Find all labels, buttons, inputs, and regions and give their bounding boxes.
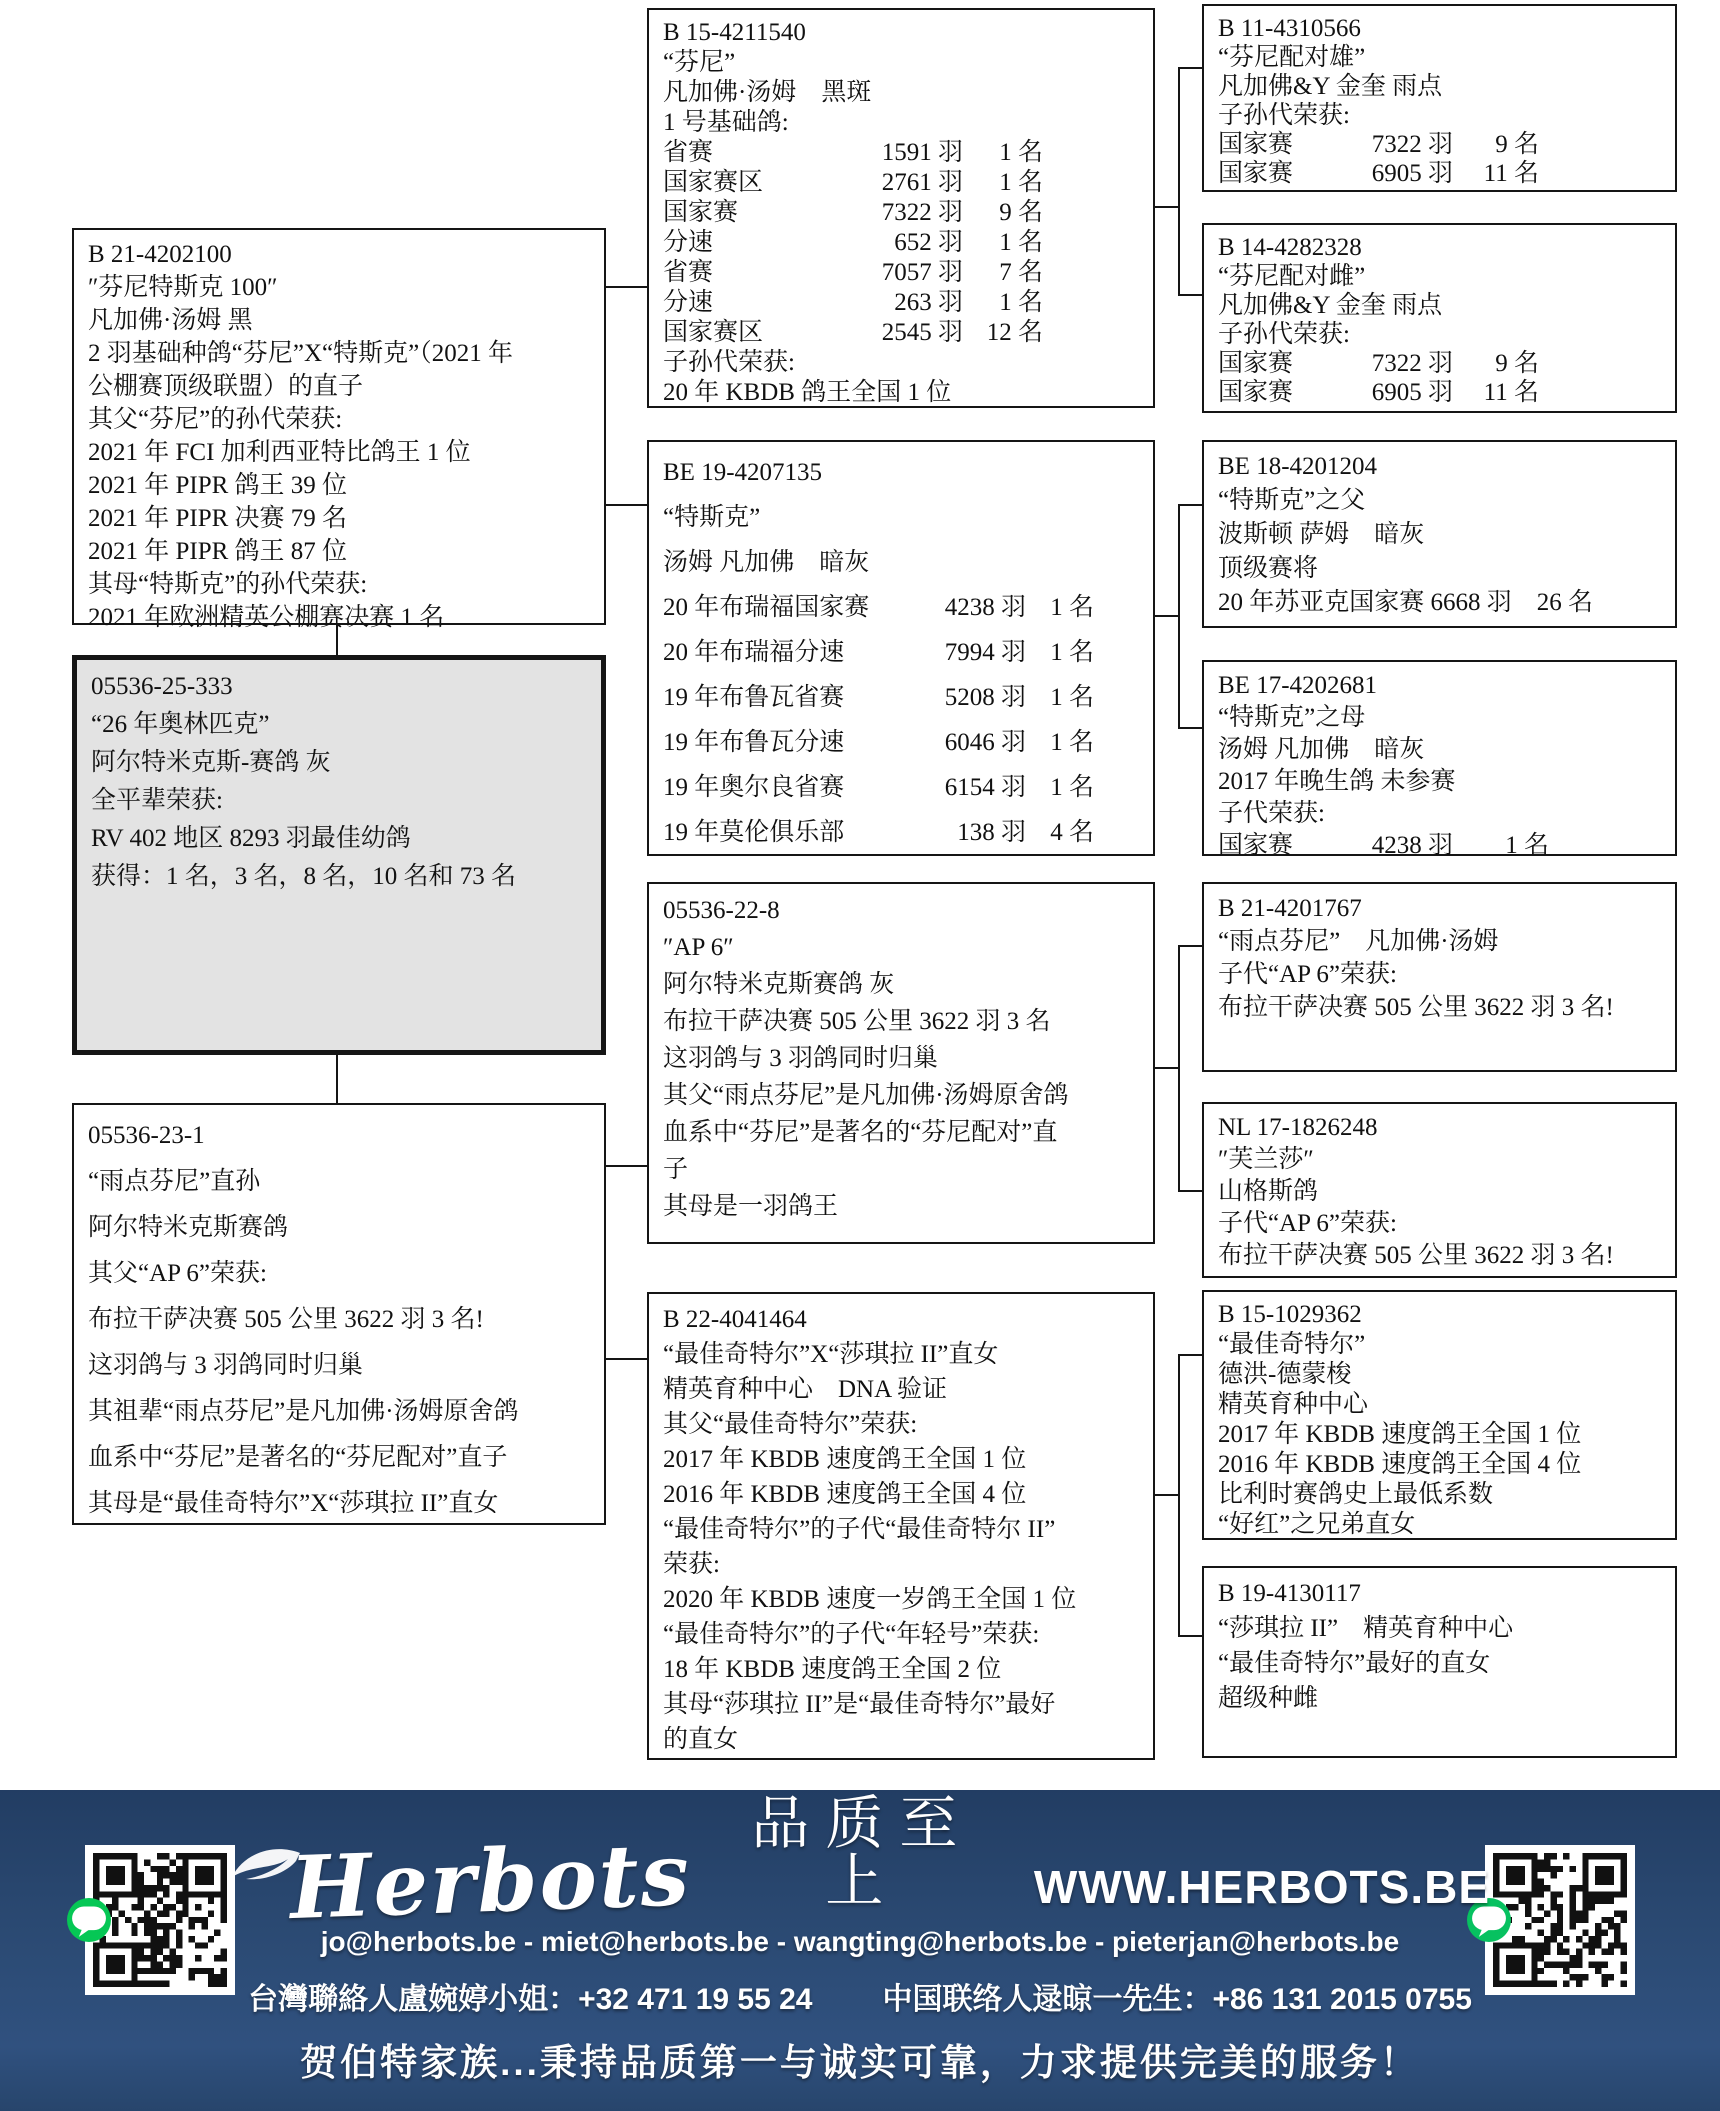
footer-slogan: 品质至上 xyxy=(721,1794,1004,1920)
connector-line xyxy=(1178,1190,1202,1192)
box-line: 20 年布瑞福分速7994 羽1 名 xyxy=(663,630,1139,675)
connector-line xyxy=(1178,504,1180,729)
result-rank: 7 名 xyxy=(963,258,1043,288)
box-line: 血系中“芬尼”是著名的“芬尼配对”直子 xyxy=(88,1435,590,1481)
box-line: 2016 年 KBDB 速度鸽王全国 4 位 xyxy=(1218,1450,1661,1480)
box-line: 全平辈荣获: xyxy=(91,782,587,820)
result-label: 省赛 xyxy=(663,258,838,288)
box-line: “雨点芬尼”直孙 xyxy=(88,1159,590,1205)
result-birds: 7057 羽 xyxy=(838,258,963,288)
result-rank: 4 名 xyxy=(1026,810,1094,855)
box-line: 汤姆 凡加佛 暗灰 xyxy=(663,540,1139,585)
box-line: “莎琪拉 II” 精英育种中心 xyxy=(1218,1611,1661,1646)
ring-number: 05536-22-8 xyxy=(663,892,1139,929)
ring-number: 05536-25-333 xyxy=(91,668,587,706)
box-line: “最佳奇特尔”的子代“年轻号”荣获: xyxy=(663,1617,1139,1652)
box-line: 国家赛6905 羽11 名 xyxy=(1218,159,1661,188)
result-rank: 1 名 xyxy=(1453,830,1549,862)
result-label: 国家赛 xyxy=(1218,130,1333,159)
box-line: 国家赛区2545 羽12 名 xyxy=(663,318,1139,348)
contact-taiwan: 台灣聯絡人盧婉婷小姐：+32 471 19 55 24 xyxy=(248,1974,812,2018)
contact-china: 中国联络人逯晾一先生：+86 131 2015 0755 xyxy=(882,1974,1471,2018)
box-line: “特斯克” xyxy=(663,495,1139,540)
box-line: 阿尔特米克斯赛鸽 灰 xyxy=(663,966,1139,1003)
result-label: 19 年布鲁瓦省赛 xyxy=(663,675,908,720)
box-line: 德洪-德蒙梭 xyxy=(1218,1360,1661,1390)
result-rank: 1 名 xyxy=(1026,720,1094,765)
ring-number: B 22-4041464 xyxy=(663,1302,1139,1337)
box-line: 子代荣获: xyxy=(1218,798,1661,830)
box-line: 国家赛7322 羽9 名 xyxy=(1218,349,1661,378)
box-line: 这羽鸽与 3 羽鸽同时归巢 xyxy=(88,1343,590,1389)
box-line: 国家赛7322 羽9 名 xyxy=(1218,130,1661,159)
box-line: 子 xyxy=(663,1151,1139,1188)
box-line: 子代“AP 6”荣获: xyxy=(1218,1208,1661,1240)
ring-number: B 11-4310566 xyxy=(1218,14,1661,43)
pedigree-box-ggp2: B 14-4282328“芬尼配对雌”凡加佛&Y 金奎 雨点子孙代荣获:国家赛7… xyxy=(1202,223,1677,413)
result-birds: 2761 羽 xyxy=(838,168,963,198)
pedigree-box-ggp5: B 21-4201767“雨点芬尼” 凡加佛·汤姆子代“AP 6”荣获:布拉干萨… xyxy=(1202,882,1677,1072)
connector-line xyxy=(1178,945,1202,947)
box-line: 其祖辈“雨点芬尼”是凡加佛·汤姆原舍鸽 xyxy=(88,1389,590,1435)
box-line: 布拉干萨决赛 505 公里 3622 羽 3 名 xyxy=(663,1003,1139,1040)
pedigree-box-sire: B 21-4202100″芬尼特斯克 100″凡加佛·汤姆 黑2 羽基础种鸽“芬… xyxy=(72,228,606,625)
result-rank: 1 名 xyxy=(1026,585,1094,630)
footer-center: Herbots 品质至上 WWW.HERBOTS.BE jo@herbots.b… xyxy=(230,1812,1490,2086)
pedigree-box-ggp6: NL 17-1826248″芙兰莎″山格斯鸽子代“AP 6”荣获:布拉干萨决赛 … xyxy=(1202,1102,1677,1278)
connector-line xyxy=(1178,945,1180,1192)
box-line: 获得：1 名，3 名，8 名，10 名和 73 名 xyxy=(91,858,587,896)
result-birds: 652 羽 xyxy=(838,228,963,258)
box-line: 其母“莎琪拉 II”是“最佳奇特尔”最好 xyxy=(663,1687,1139,1722)
ring-number: BE 18-4201204 xyxy=(1218,450,1661,484)
box-line: “最佳奇特尔”X“莎琪拉 II”直女 xyxy=(663,1337,1139,1372)
box-line: 19 年布鲁瓦分速6046 羽1 名 xyxy=(663,720,1139,765)
box-line: “芬尼配对雌” xyxy=(1218,262,1661,291)
result-label: 国家赛 xyxy=(1218,159,1333,188)
ring-number: 05536-23-1 xyxy=(88,1113,590,1159)
connector-line xyxy=(1155,206,1180,208)
connector-line xyxy=(1155,1067,1180,1069)
result-birds: 6154 羽 xyxy=(908,765,1026,810)
result-label: 省赛 xyxy=(663,138,838,168)
box-line: 子孙代荣获: xyxy=(663,348,1139,378)
result-rank: 9 名 xyxy=(963,198,1043,228)
pedigree-page: B 21-4202100″芬尼特斯克 100″凡加佛·汤姆 黑2 羽基础种鸽“芬… xyxy=(0,0,1720,2111)
pedigree-box-sire-of-dam: 05536-22-8″AP 6″阿尔特米克斯赛鸽 灰布拉干萨决赛 505 公里 … xyxy=(647,882,1155,1244)
box-line: 这羽鸽与 3 羽鸽同时归巢 xyxy=(663,1040,1139,1077)
box-line: ″芙兰莎″ xyxy=(1218,1144,1661,1176)
pedigree-box-subject: 05536-25-333“26 年奥林匹克”阿尔特米克斯-赛鸽 灰全平辈荣获:R… xyxy=(72,655,606,1055)
ring-number: BE 19-4207135 xyxy=(663,450,1139,495)
pedigree-box-ggp3: BE 18-4201204“特斯克”之父波斯顿 萨姆 暗灰顶级赛将20 年苏亚克… xyxy=(1202,440,1677,628)
connector-line xyxy=(606,504,647,506)
result-label: 国家赛 xyxy=(1218,349,1333,378)
box-line: 子孙代荣获: xyxy=(1218,320,1661,349)
box-line: 省赛7057 羽7 名 xyxy=(663,258,1139,288)
result-label: 20 年布瑞福分速 xyxy=(663,630,908,675)
connector-line xyxy=(606,286,647,288)
ring-number: B 21-4202100 xyxy=(88,238,590,271)
result-label: 19 年莫伦俱乐部 xyxy=(663,810,908,855)
box-line: “特斯克”之母 xyxy=(1218,702,1661,734)
box-line: 2017 年晚生鸽 未参赛 xyxy=(1218,766,1661,798)
result-birds: 7322 羽 xyxy=(838,198,963,228)
result-birds: 4238 羽 xyxy=(1333,830,1453,862)
box-line: 2 羽基础种鸽“芬尼”X“特斯克”（2021 年 xyxy=(88,337,590,370)
box-line: “最佳奇特尔”最好的直女 xyxy=(1218,1646,1661,1681)
box-line: 其母是“最佳奇特尔”X“莎琪拉 II”直女 xyxy=(88,1481,590,1527)
box-line: 分速652 羽1 名 xyxy=(663,228,1139,258)
connector-line xyxy=(606,1358,647,1360)
footer-tagline: 贺伯特家族...秉持品质第一与诚实可靠，力求提供完美的服务！ xyxy=(230,2032,1490,2086)
box-line: 阿尔特米克斯-赛鸽 灰 xyxy=(91,744,587,782)
box-line: 其父“雨点芬尼”是凡加佛·汤姆原舍鸽 xyxy=(663,1077,1139,1114)
pedigree-box-ggp7: B 15-1029362“最佳奇特尔”德洪-德蒙梭精英育种中心2017 年 KB… xyxy=(1202,1290,1677,1540)
wechat-qr-code xyxy=(1485,1845,1635,1995)
result-rank: 12 名 xyxy=(963,318,1043,348)
result-rank: 9 名 xyxy=(1453,349,1539,378)
box-line: RV 402 地区 8293 羽最佳幼鸽 xyxy=(91,820,587,858)
connector-line xyxy=(1178,294,1202,296)
box-line: 其母是一羽鸽王 xyxy=(663,1188,1139,1225)
box-line: 超级种雌 xyxy=(1218,1681,1661,1716)
box-line: 20 年 KBDB 鸽王全国 1 位 xyxy=(663,378,1139,408)
result-rank: 1 名 xyxy=(963,138,1043,168)
result-birds: 7322 羽 xyxy=(1333,349,1453,378)
pedigree-box-sire-of-sire: B 15-4211540“芬尼”凡加佛·汤姆 黑斑1 号基础鸽:省赛1591 羽… xyxy=(647,8,1155,408)
box-line: 国家赛7322 羽9 名 xyxy=(663,198,1139,228)
result-birds: 2545 羽 xyxy=(838,318,963,348)
connector-line xyxy=(1178,1354,1202,1356)
box-line: 2021 年 FCI 加利西亚特比鸽王 1 位 xyxy=(88,436,590,469)
box-line: 公棚赛顶级联盟）的直子 xyxy=(88,370,590,403)
box-line: “26 年奥林匹克” xyxy=(91,706,587,744)
result-label: 20 年布瑞福国家赛 xyxy=(663,585,908,630)
box-line: 凡加佛&Y 金奎 雨点 xyxy=(1218,291,1661,320)
connector-line xyxy=(1155,615,1180,617)
result-birds: 6905 羽 xyxy=(1333,159,1453,188)
result-label: 国家赛区 xyxy=(663,318,838,348)
ring-number: B 15-1029362 xyxy=(1218,1300,1661,1330)
box-line: 省赛1591 羽1 名 xyxy=(663,138,1139,168)
connector-line xyxy=(1178,67,1202,69)
footer-brand-row: Herbots 品质至上 WWW.HERBOTS.BE xyxy=(230,1812,1490,1920)
box-line: 其父“最佳奇特尔”荣获: xyxy=(663,1407,1139,1442)
box-line: 其母“特斯克”的孙代荣获: xyxy=(88,568,590,601)
box-line: 2016 年 KBDB 速度鸽王全国 4 位 xyxy=(663,1477,1139,1512)
connector-line xyxy=(1178,1635,1202,1637)
box-line: 汤姆 凡加佛 暗灰 xyxy=(1218,734,1661,766)
result-birds: 6046 羽 xyxy=(908,720,1026,765)
box-line: 阿尔特米克斯赛鸽 xyxy=(88,1205,590,1251)
result-birds: 6905 羽 xyxy=(1333,378,1453,407)
result-birds: 5208 羽 xyxy=(908,675,1026,720)
box-line: “最佳奇特尔” xyxy=(1218,1330,1661,1360)
box-line: “芬尼配对雄” xyxy=(1218,43,1661,72)
result-label: 国家赛区 xyxy=(663,168,838,198)
box-line: “特斯克”之父 xyxy=(1218,484,1661,518)
box-line: “芬尼” xyxy=(663,48,1139,78)
line-icon xyxy=(67,1898,111,1942)
box-line: 布拉干萨决赛 505 公里 3622 羽 3 名! xyxy=(88,1297,590,1343)
box-line: 19 年奥尔良省赛6154 羽1 名 xyxy=(663,765,1139,810)
ring-number: NL 17-1826248 xyxy=(1218,1112,1661,1144)
result-birds: 7994 羽 xyxy=(908,630,1026,675)
result-rank: 1 名 xyxy=(963,228,1043,258)
box-line: 2017 年 KBDB 速度鸽王全国 1 位 xyxy=(663,1442,1139,1477)
result-birds: 7322 羽 xyxy=(1333,130,1453,159)
box-line: 2021 年 PIPR 决赛 79 名 xyxy=(88,502,590,535)
box-line: 精英育种中心 xyxy=(1218,1390,1661,1420)
box-line: 分速263 羽1 名 xyxy=(663,288,1139,318)
footer-banner: Herbots 品质至上 WWW.HERBOTS.BE jo@herbots.b… xyxy=(0,1790,1720,2111)
result-rank: 11 名 xyxy=(1453,159,1539,188)
connector-line xyxy=(1155,1494,1180,1496)
result-rank: 1 名 xyxy=(1026,630,1094,675)
pedigree-box-dam: 05536-23-1“雨点芬尼”直孙阿尔特米克斯赛鸽其父“AP 6”荣获:布拉干… xyxy=(72,1103,606,1525)
box-line: 其父“芬尼”的孙代荣获: xyxy=(88,403,590,436)
box-line: 18 年 KBDB 速度鸽王全国 2 位 xyxy=(663,1652,1139,1687)
box-line: 国家赛区2761 羽1 名 xyxy=(663,168,1139,198)
box-line: 凡加佛&Y 金奎 雨点 xyxy=(1218,72,1661,101)
ring-number: B 19-4130117 xyxy=(1218,1576,1661,1611)
result-rank: 1 名 xyxy=(1026,675,1094,720)
box-line: 血系中“芬尼”是著名的“芬尼配对”直 xyxy=(663,1114,1139,1151)
box-line: 精英育种中心 DNA 验证 xyxy=(663,1372,1139,1407)
box-line: 顶级赛将 xyxy=(1218,552,1661,586)
box-line: 的直女 xyxy=(663,1722,1139,1757)
connector-line xyxy=(1178,67,1180,296)
box-line: 20 年苏亚克国家赛 6668 羽 26 名 xyxy=(1218,586,1661,620)
box-line: 波斯顿 萨姆 暗灰 xyxy=(1218,518,1661,552)
result-rank: 1 名 xyxy=(1026,765,1094,810)
result-birds: 1591 羽 xyxy=(838,138,963,168)
box-line: 国家赛6905 羽11 名 xyxy=(1218,378,1661,407)
result-label: 分速 xyxy=(663,228,838,258)
box-line: 2021 年 PIPR 鸽王 39 位 xyxy=(88,469,590,502)
result-label: 分速 xyxy=(663,288,838,318)
box-line: 2017 年 KBDB 速度鸽王全国 1 位 xyxy=(1218,1420,1661,1450)
ring-number: BE 17-4202681 xyxy=(1218,670,1661,702)
herbots-logo: Herbots xyxy=(230,1843,691,1920)
box-line: “雨点芬尼” 凡加佛·汤姆 xyxy=(1218,925,1661,958)
box-line: 1 号基础鸽: xyxy=(663,108,1139,138)
connector-line xyxy=(336,625,338,655)
box-line: 子孙代荣获: xyxy=(1218,101,1661,130)
connector-line xyxy=(606,1165,647,1167)
box-line: 布拉干萨决赛 505 公里 3622 羽 3 名! xyxy=(1218,991,1661,1024)
box-line: 山格斯鸽 xyxy=(1218,1176,1661,1208)
box-line: ″芬尼特斯克 100″ xyxy=(88,271,590,304)
box-line: 20 年布瑞福国家赛4238 羽1 名 xyxy=(663,585,1139,630)
result-label: 19 年奥尔良省赛 xyxy=(663,765,908,810)
result-rank: 11 名 xyxy=(1453,378,1539,407)
box-line: “最佳奇特尔”的子代“最佳奇特尔 II” xyxy=(663,1512,1139,1547)
box-line: 荣获: xyxy=(663,1547,1139,1582)
box-line: 2021 年欧洲精英公棚赛决赛 1 名 xyxy=(88,601,590,634)
box-line: “好红”之兄弟直女 xyxy=(1218,1510,1661,1540)
line-qr-code xyxy=(85,1845,235,1995)
connector-line xyxy=(336,1055,338,1103)
result-birds: 263 羽 xyxy=(838,288,963,318)
result-birds: 4238 羽 xyxy=(908,585,1026,630)
box-line: 凡加佛·汤姆 黑斑 xyxy=(663,78,1139,108)
result-label: 国家赛 xyxy=(1218,830,1333,862)
ring-number: B 15-4211540 xyxy=(663,18,1139,48)
ring-number: B 21-4201767 xyxy=(1218,892,1661,925)
chat-bubble-icon xyxy=(67,1898,111,1942)
result-rank: 1 名 xyxy=(963,288,1043,318)
box-line: 子代“AP 6”荣获: xyxy=(1218,958,1661,991)
pedigree-box-dam-of-dam: B 22-4041464“最佳奇特尔”X“莎琪拉 II”直女精英育种中心 DNA… xyxy=(647,1292,1155,1760)
pedigree-box-ggp4: BE 17-4202681“特斯克”之母汤姆 凡加佛 暗灰2017 年晚生鸽 未… xyxy=(1202,660,1677,856)
box-line: 布拉干萨决赛 505 公里 3622 羽 3 名! xyxy=(1218,1240,1661,1272)
box-line: 19 年布鲁瓦省赛5208 羽1 名 xyxy=(663,675,1139,720)
box-line: ″AP 6″ xyxy=(663,929,1139,966)
ring-number: B 14-4282328 xyxy=(1218,233,1661,262)
footer-website: WWW.HERBOTS.BE xyxy=(1034,1864,1490,1920)
footer-contacts: 台灣聯絡人盧婉婷小姐：+32 471 19 55 24 中国联络人逯晾一先生：+… xyxy=(230,1974,1490,2018)
connector-line xyxy=(1178,1354,1180,1637)
result-birds: 138 羽 xyxy=(908,810,1026,855)
result-label: 国家赛 xyxy=(1218,378,1333,407)
connector-line xyxy=(1178,504,1202,506)
result-rank: 1 名 xyxy=(963,168,1043,198)
pedigree-box-ggp8: B 19-4130117“莎琪拉 II” 精英育种中心“最佳奇特尔”最好的直女超… xyxy=(1202,1566,1677,1758)
result-label: 国家赛 xyxy=(663,198,838,228)
box-line: 凡加佛·汤姆 黑 xyxy=(88,304,590,337)
result-rank: 9 名 xyxy=(1453,130,1539,159)
box-line: 比利时赛鸽史上最低系数 xyxy=(1218,1480,1661,1510)
pedigree-box-ggp1: B 11-4310566“芬尼配对雄”凡加佛&Y 金奎 雨点子孙代荣获:国家赛7… xyxy=(1202,4,1677,192)
box-line: 国家赛4238 羽1 名 xyxy=(1218,830,1661,862)
connector-line xyxy=(1178,727,1202,729)
box-line: 2020 年 KBDB 速度一岁鸽王全国 1 位 xyxy=(663,1582,1139,1617)
box-line: 其父“AP 6”荣获: xyxy=(88,1251,590,1297)
pedigree-box-dam-of-sire: BE 19-4207135“特斯克”汤姆 凡加佛 暗灰20 年布瑞福国家赛423… xyxy=(647,440,1155,856)
box-line: 2021 年 PIPR 鸽王 87 位 xyxy=(88,535,590,568)
box-line: 19 年莫伦俱乐部138 羽4 名 xyxy=(663,810,1139,855)
result-label: 19 年布鲁瓦分速 xyxy=(663,720,908,765)
